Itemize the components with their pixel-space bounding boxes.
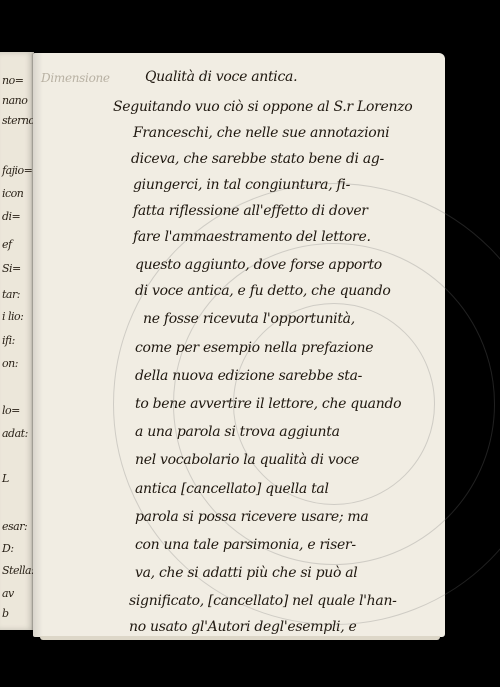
margin-fragment: di= <box>2 210 20 223</box>
text-line: giungerci, in tal congiuntura, fi- <box>133 177 350 193</box>
title-text: Qualità di voce antica. <box>145 69 297 85</box>
text-line: questo aggiunto, dove forse apporto <box>135 257 382 273</box>
bleed-through-text: Dimensione <box>41 71 110 85</box>
text-line: come per esempio nella prefazione <box>135 340 373 356</box>
text-line: di voce antica, e fu detto, che quando <box>135 283 391 299</box>
text-line: fatta riflessione all'effetto di dover <box>133 203 368 219</box>
margin-fragment: sterno <box>2 114 35 127</box>
margin-fragment: Si= <box>2 262 21 275</box>
margin-fragment: ef <box>2 238 12 251</box>
margin-fragment: nano <box>2 94 27 107</box>
text-line: nel vocabolario la qualità di voce <box>135 452 359 468</box>
page-bottom-edge <box>40 636 440 640</box>
text-line: Seguitando vuo ciò si oppone al S.r Lore… <box>113 99 412 115</box>
text-line: fare l'ammaestramento del lettore. <box>133 229 371 245</box>
text-line: a una parola si trova aggiunta <box>135 424 340 440</box>
text-line: Franceschi, che nelle sue annotazioni <box>133 125 389 141</box>
text-line: to bene avvertire il lettore, che quando <box>135 396 401 412</box>
text-line: antica [cancellato] quella tal <box>135 481 329 497</box>
margin-fragment: fajio= <box>2 164 32 177</box>
left-page-edge: no= nano sterno fajio= icon di= ef Si= t… <box>0 52 34 630</box>
margin-fragment: ifi: <box>2 334 15 347</box>
margin-fragment: av <box>2 587 14 600</box>
margin-fragment: adat: <box>2 427 28 440</box>
page-title: Qualità di voce antica. <box>145 69 297 85</box>
text-line: va, che si adatti più che si può al <box>135 565 358 581</box>
margin-fragment: L <box>2 472 9 485</box>
margin-fragment: Stella: <box>2 564 34 577</box>
margin-fragment: b <box>2 607 9 620</box>
margin-fragment: lo= <box>2 404 20 417</box>
margin-fragment: icon <box>2 187 23 200</box>
gutter-shadow <box>33 53 43 637</box>
margin-fragment: no= <box>2 74 23 87</box>
margin-fragment: D: <box>2 542 14 555</box>
text-line: parola si possa ricevere usare; ma <box>135 509 368 525</box>
text-line: no usato gl'Autori degl'esempli, e <box>129 619 357 635</box>
margin-fragment: tar: <box>2 288 20 301</box>
text-line: diceva, che sarebbe stato bene di ag- <box>131 151 384 167</box>
margin-fragment: i lio: <box>2 310 23 323</box>
text-line: significato, [cancellato] nel quale l'ha… <box>129 593 397 609</box>
text-line: con una tale parsimonia, e riser- <box>135 537 356 553</box>
text-line: della nuova edizione sarebbe sta- <box>135 368 362 384</box>
text-line: ne fosse ricevuta l'opportunità, <box>143 311 355 327</box>
manuscript-page: Dimensione Qualità di voce antica. Segui… <box>33 53 445 637</box>
margin-fragment: on: <box>2 357 18 370</box>
margin-fragment: esar: <box>2 520 27 533</box>
